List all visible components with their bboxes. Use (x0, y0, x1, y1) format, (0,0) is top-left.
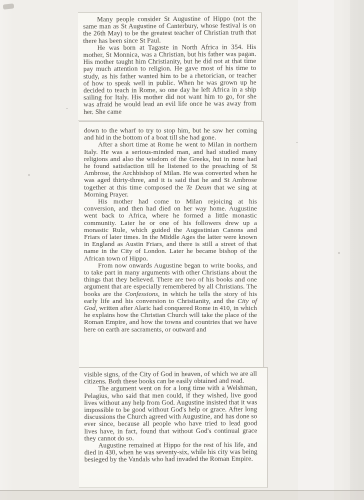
dust-speck (296, 142, 298, 143)
clipping-strip-1: Many people consider St Augustine of Hip… (78, 12, 262, 121)
corner-smudge (3, 3, 14, 9)
paragraph: He was born at Tagaste in North Africa i… (83, 43, 256, 115)
page-fold-seam (0, 490, 364, 500)
paragraph: After a short time at Rome he went to Mi… (84, 141, 257, 198)
clipping-strip-2: down to the wharf to try to stop him, bu… (79, 121, 264, 367)
dust-speck (66, 108, 68, 109)
text-run: Augustine remained at Hippo for the rest… (84, 441, 257, 463)
text-run: Many people consider St Augustine of Hip… (83, 14, 256, 44)
scan-shadow-band (350, 0, 364, 500)
text-run: He was born at Tagaste in North Africa i… (83, 43, 256, 115)
paragraph: down to the wharf to try to stop him, bu… (84, 127, 257, 141)
text-run: The argument went on for a long time wit… (84, 384, 257, 442)
strip-text: down to the wharf to try to stop him, bu… (84, 127, 257, 333)
paragraph: visible signs, of the City of God in hea… (84, 370, 257, 385)
strip-text: visible signs, of the City of God in hea… (84, 370, 257, 463)
scanned-page: Many people consider St Augustine of Hip… (0, 0, 364, 500)
scan-light-band (298, 0, 334, 500)
paragraph: The argument went on for a long time wit… (84, 384, 257, 442)
paragraph: Many people consider St Augustine of Hip… (83, 15, 256, 44)
text-run: Te Deum (186, 183, 211, 191)
dust-speck (338, 252, 340, 254)
text-run: visible signs, of the City of God in hea… (84, 370, 257, 385)
clipping-strip-3: visible signs, of the City of God in hea… (79, 367, 268, 488)
strip-text: Many people consider St Augustine of Hip… (83, 15, 257, 115)
text-run: His mother had come to Milan rejoicing a… (84, 198, 257, 262)
text-run: , written after Alaric had conquered Rom… (84, 304, 257, 333)
paragraph: From now onwards Augustine began to writ… (84, 262, 257, 333)
text-run: down to the wharf to try to stop him, bu… (84, 127, 257, 142)
dust-speck (28, 174, 30, 176)
paragraph: Augustine remained at Hippo for the rest… (84, 441, 257, 463)
paragraph: His mother had come to Milan rejoicing a… (84, 198, 257, 262)
